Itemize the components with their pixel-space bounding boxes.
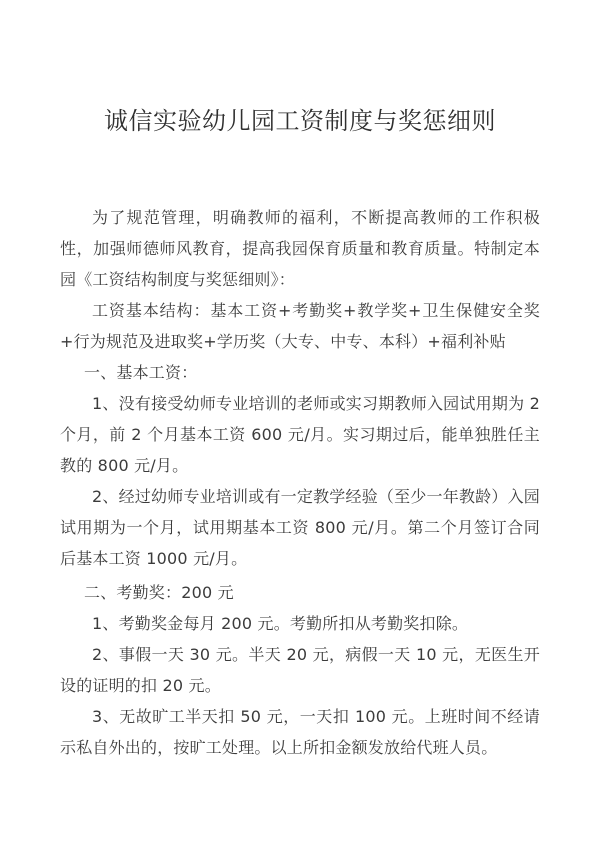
item-2-1-attendance-bonus: 1、考勤奖金每月 200 元。考勤所扣从考勤奖扣除。: [60, 608, 540, 639]
document-title: 诚信实验幼儿园工资制度与奖惩细则: [0, 0, 600, 138]
paragraph-salary-structure: 工资基本结构：基本工资+考勤奖+教学奖+卫生保健安全奖+行为规范及进取奖+学历奖…: [60, 295, 540, 357]
item-2-2-leave-deductions: 2、事假一天 30 元。半天 20 元，病假一天 10 元，无医生开设的证明的扣…: [60, 639, 540, 701]
section-1-basic-salary: 一、基本工资：: [60, 357, 540, 388]
item-1-2-trained-teacher-salary: 2、经过幼师专业培训或有一定教学经验（至少一年教龄）入园试用期为一个月，试用期基…: [60, 481, 540, 574]
item-2-3-absence-deductions: 3、无故旷工半天扣 50 元，一天扣 100 元。上班时间不经请示私自外出的，按…: [60, 701, 540, 763]
document-page: 诚信实验幼儿园工资制度与奖惩细则 为了规范管理，明确教师的福利，不断提高教师的工…: [0, 0, 600, 850]
paragraph-intro: 为了规范管理，明确教师的福利，不断提高教师的工作积极性，加强师德师风教育，提高我…: [60, 202, 540, 295]
document-body: 为了规范管理，明确教师的福利，不断提高教师的工作积极性，加强师德师风教育，提高我…: [60, 202, 540, 763]
item-1-1-untrained-teacher-salary: 1、没有接受幼师专业培训的老师或实习期教师入园试用期为 2 个月，前 2 个月基…: [60, 388, 540, 481]
section-2-attendance-award: 二、考勤奖：200 元: [60, 577, 540, 608]
